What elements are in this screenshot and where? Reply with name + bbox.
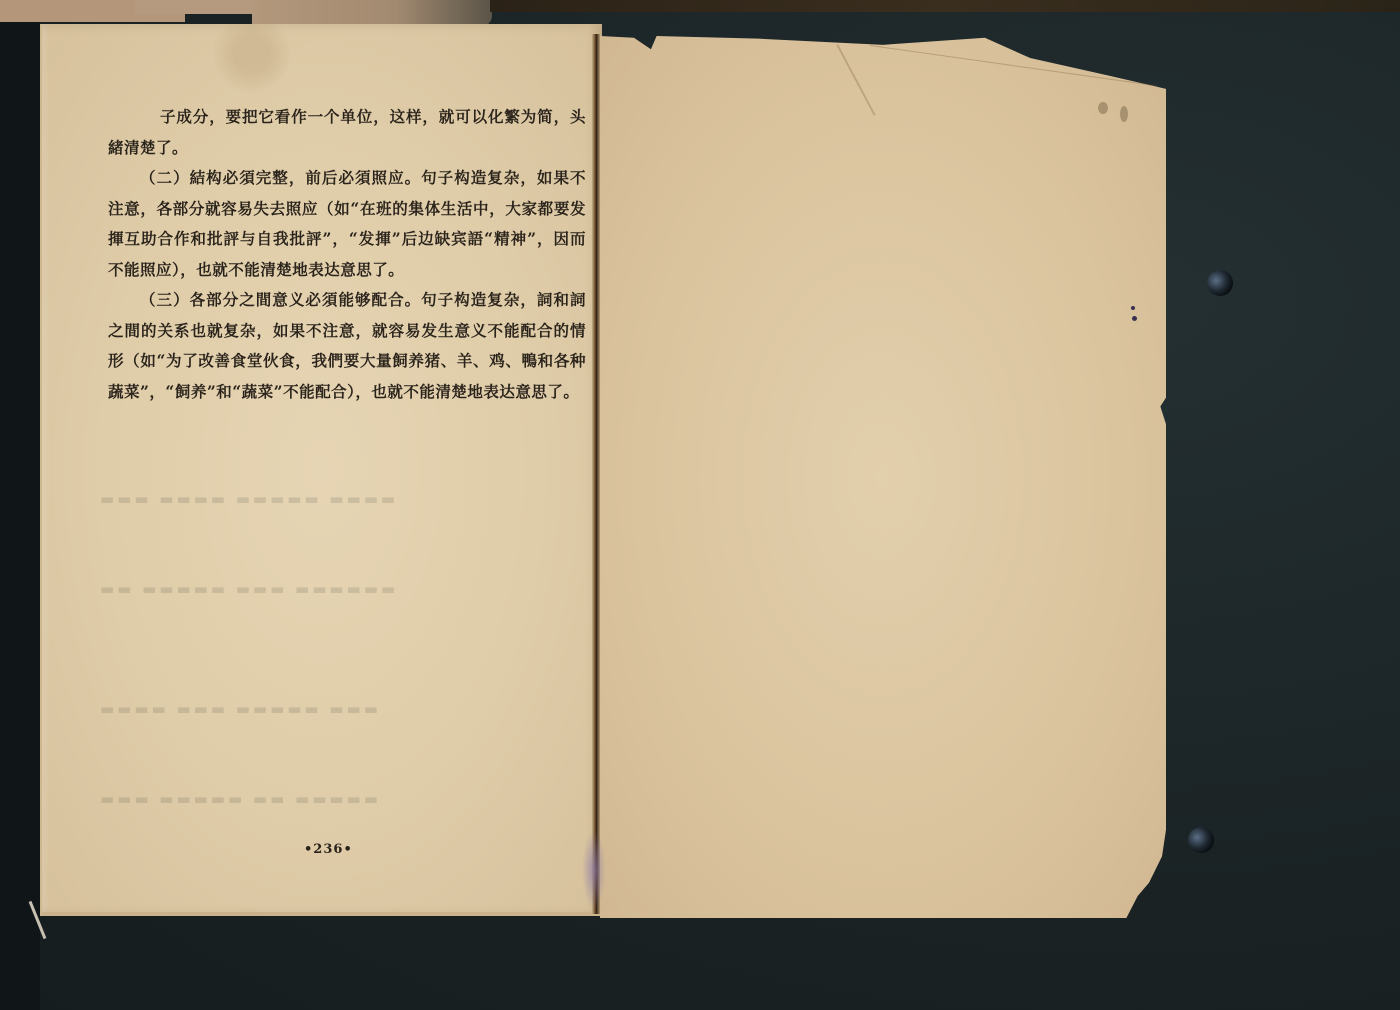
show-through-text: ▬▬▬ ▬▬▬▬▬ ▬▬ ▬▬▬▬▬	[100, 790, 381, 808]
show-through-text: ▬▬▬ ▬▬▬▬ ▬▬▬▬▬ ▬▬▬▬	[100, 490, 398, 508]
ink-dot	[1131, 306, 1135, 310]
top-edge-strip	[0, 0, 1400, 24]
binder-hole-top	[1207, 270, 1233, 296]
paragraph-continuation: 子成分，要把它看作一个单位，这样，就可以化繁为简，头緒清楚了。	[108, 102, 586, 163]
stain-mark	[1098, 102, 1108, 114]
ink-dot	[1132, 316, 1137, 321]
binder-hole-bottom	[1188, 827, 1214, 853]
left-page-text: 子成分，要把它看作一个单位，这样，就可以化繁为简，头緒清楚了。 （二）結构必須完…	[108, 102, 586, 407]
show-through-text: ▬▬ ▬▬▬▬▬ ▬▬▬ ▬▬▬▬▬▬	[100, 580, 398, 598]
page-number: •236•	[304, 842, 353, 857]
book-spine	[592, 34, 600, 914]
left-dark-margin	[0, 22, 40, 1010]
paragraph-structure-complete: （二）結构必須完整，前后必須照应。句子构造复杂，如果不注意，各部分就容易失去照应…	[108, 163, 586, 285]
spine-ink-stain	[582, 830, 606, 910]
stain-mark	[1120, 106, 1128, 122]
paragraph-meaning-match: （三）各部分之間意义必須能够配合。句子构造复杂，詞和詞之間的关系也就复杂，如果不…	[108, 285, 586, 407]
right-page-blank	[600, 36, 1166, 918]
show-through-text: ▬▬▬▬ ▬▬▬ ▬▬▬▬▬ ▬▬▬	[100, 700, 381, 718]
